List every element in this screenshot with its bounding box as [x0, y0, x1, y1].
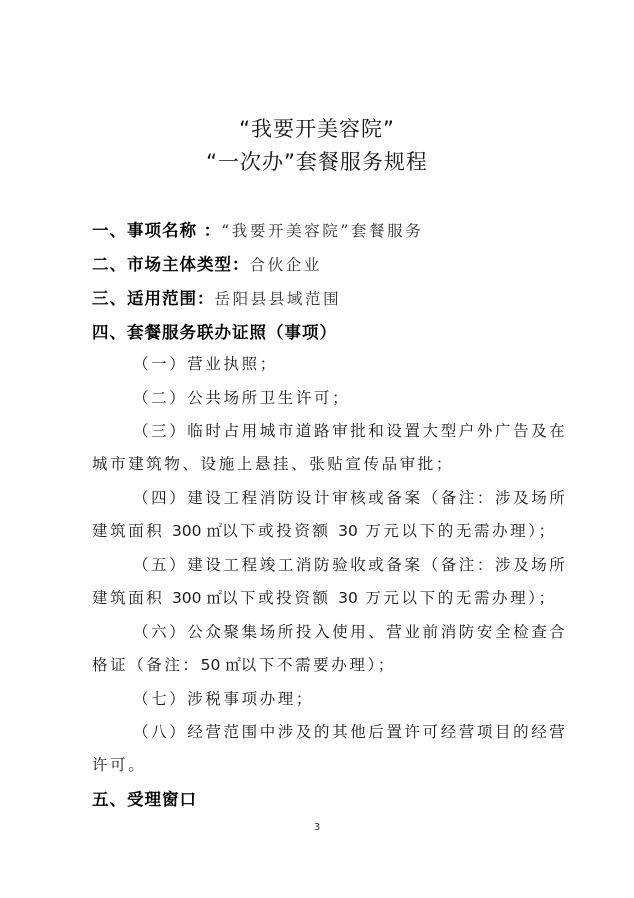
text: 建筑面积 [92, 522, 172, 540]
area-value: 300 ㎡ [172, 522, 222, 540]
text: 建筑面积 [92, 589, 172, 607]
section-heading: 四、套餐服务联办证照（事项） [92, 323, 337, 342]
section-heading: 一、事项名称 ： [92, 221, 221, 240]
page-number: 3 [0, 822, 634, 833]
area-value: 50 ㎡ [201, 656, 241, 674]
text: 格证（备注： [92, 656, 201, 674]
item-7: （七）涉税事项办理； [133, 687, 314, 709]
section-heading: 五、受理窗口 [92, 790, 197, 809]
section-value: “我要开美容院”套餐服务 [221, 222, 423, 240]
area-value: 300 ㎡ [172, 589, 222, 607]
section-heading: 二、市场主体类型： [92, 255, 250, 274]
text: 万元以下的无需办理）； [358, 522, 557, 540]
document-title-line1: “我要开美容院” [0, 113, 634, 143]
item-8-line1: （八）经营范围中涉及的其他后置许可经营项目的经营 [133, 720, 567, 742]
section-value: 岳阳县县域范围 [215, 290, 342, 308]
item-4-line1: （四）建设工程消防设计审核或备案（备注：涉及场所 [133, 486, 567, 508]
item-3-line2: 城市建筑物、设施上悬挂、张贴宣传品审批； [92, 452, 454, 474]
section-value: 合伙企业 [250, 256, 322, 274]
text: 以下或投资额 [222, 589, 338, 607]
document-title-line2: “一次办”套餐服务规程 [0, 146, 634, 176]
item-1: （一）营业执照； [133, 352, 278, 374]
item-5-line1: （五）建设工程竣工消防验收或备案（备注：涉及场所 [133, 553, 567, 575]
section-item-name: 一、事项名称 ：“我要开美容院”套餐服务 [92, 217, 423, 241]
item-8-line2: 许可。 [92, 753, 146, 775]
investment-value: 30 [338, 522, 358, 540]
text: 万元以下的无需办理）； [358, 589, 557, 607]
section-market-type: 二、市场主体类型：合伙企业 [92, 251, 322, 275]
section-licenses: 四、套餐服务联办证照（事项） [92, 319, 337, 343]
section-heading: 三、适用范围： [92, 289, 215, 308]
text: 以下不需要办理）； [241, 656, 396, 674]
item-6-line1: （六）公众聚集场所投入使用、营业前消防安全检查合 [133, 620, 567, 642]
item-5-line2: 建筑面积 300 ㎡以下或投资额 30 万元以下的无需办理）； [92, 586, 557, 608]
section-window: 五、受理窗口 [92, 786, 197, 810]
section-scope: 三、适用范围：岳阳县县域范围 [92, 285, 341, 309]
investment-value: 30 [338, 589, 358, 607]
text: 以下或投资额 [222, 522, 338, 540]
item-2: （二）公共场所卫生许可； [133, 386, 350, 408]
item-4-line2: 建筑面积 300 ㎡以下或投资额 30 万元以下的无需办理）； [92, 519, 557, 541]
item-3-line1: （三）临时占用城市道路审批和设置大型户外广告及在 [133, 419, 567, 441]
item-6-line2: 格证（备注：50 ㎡以下不需要办理）； [92, 653, 396, 675]
